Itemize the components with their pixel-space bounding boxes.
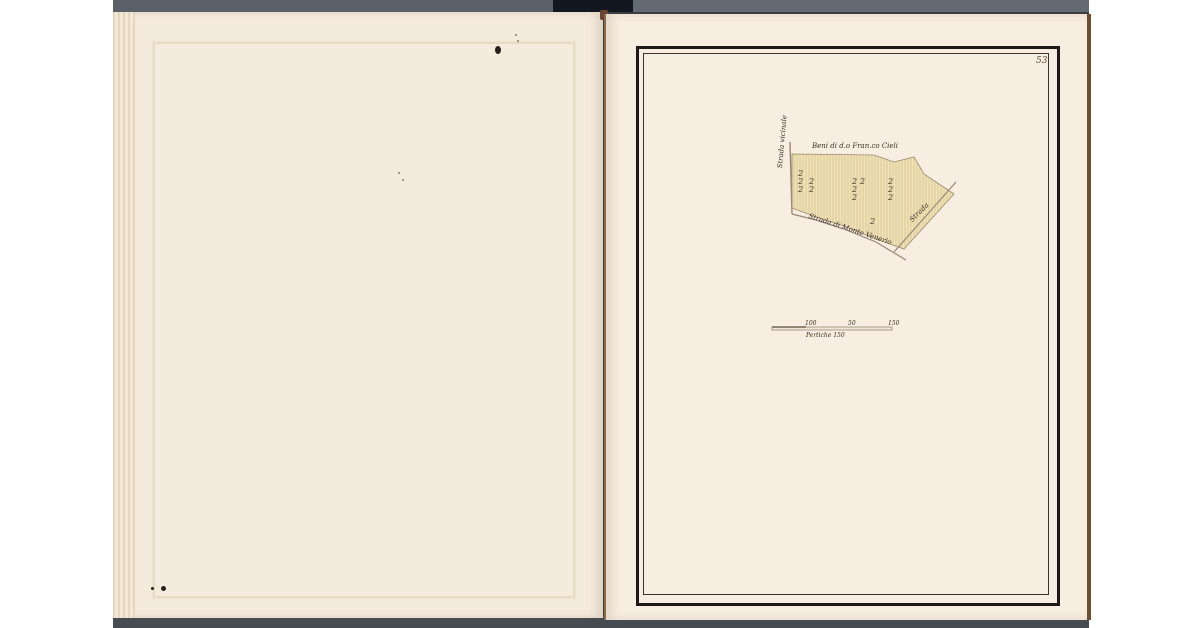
scale-bar-caption: Pertiche 150 xyxy=(806,332,845,339)
scanner-edge-top-left xyxy=(113,0,553,12)
speck xyxy=(398,172,400,174)
speck xyxy=(402,179,404,181)
svg-text:2: 2 xyxy=(851,193,857,202)
svg-text:2: 2 xyxy=(859,177,865,186)
speck xyxy=(515,34,517,36)
label-north-boundary: Beni di d.o Fran.co Cieli xyxy=(812,142,898,150)
ink-spot xyxy=(151,587,154,590)
page-edges xyxy=(113,12,135,618)
svg-text:2: 2 xyxy=(797,185,803,194)
svg-text:2: 2 xyxy=(887,193,893,202)
scale-bar-tick-1: 100 xyxy=(805,320,816,327)
scale-bar-tick-3: 150 xyxy=(888,320,899,327)
svg-text:2: 2 xyxy=(869,217,875,226)
ink-blot xyxy=(495,46,501,54)
page-rim xyxy=(1087,14,1091,620)
scale-bar-tick-2: 50 xyxy=(848,320,856,327)
scanner-edge-top-right xyxy=(633,0,1089,12)
speck xyxy=(517,40,519,42)
left-page xyxy=(113,12,603,618)
svg-text:2: 2 xyxy=(808,185,814,194)
west-road xyxy=(790,142,792,214)
scanner-edge-top-middle xyxy=(553,0,633,12)
ink-spot xyxy=(161,586,166,591)
left-page-frame xyxy=(153,42,575,598)
parcel-map: 2 22 22 22 2 2 2 2 2 2 xyxy=(604,14,1085,620)
scale-bar xyxy=(772,327,892,330)
